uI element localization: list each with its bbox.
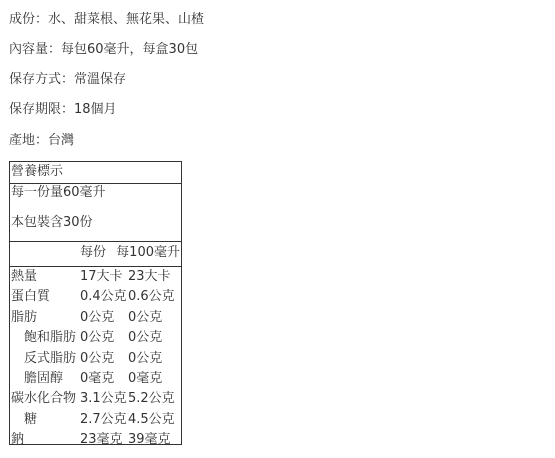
content-volume-line: 內容量：每包60毫升，每盒30包 [9, 40, 198, 60]
table-row: 熱量 17大卡 23大卡 [10, 267, 181, 287]
table-row: 鈉 23毫克 39毫克 [10, 430, 181, 450]
per-100ml-value: 23大卡 [128, 267, 171, 287]
per-serving-value: 17大卡 [80, 267, 123, 287]
serving-size: 每一份量60毫升 [11, 184, 106, 202]
per-100ml-value: 0公克 [128, 328, 162, 348]
shelf-life-line: 保存期限：18個月 [9, 100, 117, 120]
per-serving-value: 23毫克 [80, 430, 123, 450]
per-100ml-value: 0公克 [128, 308, 162, 328]
nutrition-title: 營養標示 [11, 163, 63, 181]
per-100ml-value: 39毫克 [128, 430, 171, 450]
table-row: 膽固醇 0毫克 0毫克 [10, 369, 181, 389]
nutrient-name: 脂肪 [11, 308, 37, 328]
nutrient-name: 糖 [24, 410, 37, 430]
nutrient-rows: 熱量 17大卡 23大卡 蛋白質 0.4公克 0.6公克 脂肪 0公克 0公克 … [10, 267, 181, 451]
nutrient-name: 反式脂肪 [24, 349, 76, 369]
per-serving-value: 0公克 [80, 308, 114, 328]
table-row: 糖 2.7公克 4.5公克 [10, 410, 181, 430]
ingredients-line: 成份：水、甜菜根、無花果、山楂 [9, 10, 204, 30]
origin-line: 產地：台灣 [9, 131, 74, 151]
per-serving-value: 3.1公克 [80, 389, 127, 409]
per-100ml-value: 5.2公克 [128, 389, 175, 409]
table-row: 反式脂肪 0公克 0公克 [10, 349, 181, 369]
table-row: 脂肪 0公克 0公克 [10, 308, 181, 328]
servings-per-pack: 本包裝含30份 [11, 214, 93, 232]
nutrient-name: 鈉 [11, 430, 24, 450]
nutrition-title-row: 營養標示 [10, 162, 181, 184]
per-serving-value: 0公克 [80, 349, 114, 369]
nutrient-name: 熱量 [11, 267, 37, 287]
per-100ml-value: 0公克 [128, 349, 162, 369]
per-100ml-value: 0毫克 [128, 369, 162, 389]
per-serving-value: 0公克 [80, 328, 114, 348]
serving-info-row: 每一份量60毫升 本包裝含30份 [10, 183, 181, 242]
nutrient-name: 膽固醇 [24, 369, 63, 389]
column-per-serving: 每份 [80, 244, 106, 262]
table-row: 蛋白質 0.4公克 0.6公克 [10, 287, 181, 307]
per-100ml-value: 0.6公克 [128, 287, 175, 307]
per-serving-value: 0毫克 [80, 369, 114, 389]
nutrient-name: 碳水化合物 [11, 389, 76, 409]
column-per-100ml: 每100毫升 [116, 244, 180, 262]
table-row: 碳水化合物 3.1公克 5.2公克 [10, 389, 181, 409]
nutrient-name: 飽和脂肪 [24, 328, 76, 348]
per-100ml-value: 4.5公克 [128, 410, 175, 430]
table-row: 飽和脂肪 0公克 0公克 [10, 328, 181, 348]
nutrition-facts-table: 營養標示 每一份量60毫升 本包裝含30份 每份 每100毫升 熱量 17大卡 … [9, 161, 182, 445]
nutrient-name: 蛋白質 [11, 287, 50, 307]
column-header-row: 每份 每100毫升 [10, 241, 181, 267]
storage-method-line: 保存方式：常溫保存 [9, 70, 126, 90]
per-serving-value: 2.7公克 [80, 410, 127, 430]
per-serving-value: 0.4公克 [80, 287, 127, 307]
